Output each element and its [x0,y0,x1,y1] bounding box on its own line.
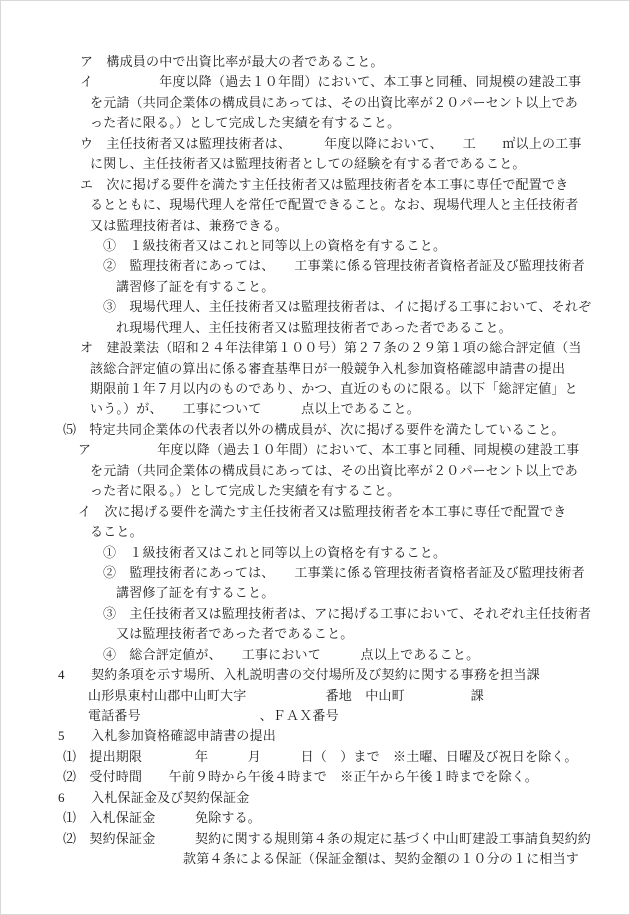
document-line: ること。 [0,522,630,542]
document-line: った者に限る。）として完成した実績を有すること。 [0,481,630,501]
document-line: 6 入札保証金及び契約保証金 [0,788,630,808]
document-line: ⑸ 特定共同企業体の代表者以外の構成員が、次に掲げる要件を満たしていること。 [0,420,630,440]
document-line: に関し、主任技術者又は監理技術者としての経験を有する者であること。 [0,154,630,174]
document-line: ⑵ 受付時間 午前９時から午後４時まで ※正午から午後１時までを除く。 [0,767,630,787]
document-line: を元請（共同企業体の構成員にあっては、その出資比率が２０パーセント以上であ [0,93,630,113]
document-line: るとともに、現場代理人を常任で配置できること。なお、現場代理人と主任技術者 [0,195,630,215]
document-line: ④ 総合評定値が、 工事において 点以上であること。 [0,645,630,665]
document-line: ウ 主任技術者又は監理技術者は、 年度以降において、 工 ㎡以上の工事 [0,134,630,154]
document-line: ⑵ 契約保証金 契約に関する規則第４条の規定に基づく中山町建設工事請負契約約 [0,829,630,849]
document-line: ① １級技術者又はこれと同等以上の資格を有すること。 [0,543,630,563]
document-line: 講習修了証を有すること。 [0,277,630,297]
document-line: 講習修了証を有すること。 [0,583,630,603]
document-line: 又は監理技術者は、兼務できる。 [0,216,630,236]
document-line: ⑴ 入札保証金 免除する。 [0,808,630,828]
document-line: いう。）が、 工事について 点以上であること。 [0,399,630,419]
document-line: 期限前１年７月以内のものであり、かつ、直近のものに限る。以下「総評定値」と [0,379,630,399]
document-line: オ 建設業法（昭和２４年法律第１００号）第２７条の２９第１項の総合評定値（当 [0,338,630,358]
document-line: 電話番号 、ＦＡＸ番号 [0,706,630,726]
document-line: ③ 現場代理人、主任技術者又は監理技術者は、イに掲げる工事において、それぞ [0,297,630,317]
document-line: イ 年度以降（過去１０年間）において、本工事と同種、同規模の建設工事 [0,72,630,92]
document-line: った者に限る。）として完成した実績を有すること。 [0,113,630,133]
document-line: イ 次に掲げる要件を満たす主任技術者又は監理技術者を本工事に専任で配置でき [0,502,630,522]
document-line: 4 契約条項を示す場所、入札説明書の交付場所及び契約に関する事務を担当課 [0,665,630,685]
document-line: エ 次に掲げる要件を満たす主任技術者又は監理技術者を本工事に専任で配置でき [0,175,630,195]
document-line: 5 入札参加資格確認申請書の提出 [0,726,630,746]
document-page: ア 構成員の中で出資比率が最大の者であること。イ 年度以降（過去１０年間）におい… [0,0,630,915]
document-line: ア 年度以降（過去１０年間）において、本工事と同種、同規模の建設工事 [0,440,630,460]
document-line: ⑴ 提出期限 年 月 日（ ）まで ※土曜、日曜及び祝日を除く。 [0,747,630,767]
document-line: を元請（共同企業体の構成員にあっては、その出資比率が２０パーセント以上であ [0,461,630,481]
document-line: 又は監理技術者であった者であること。 [0,624,630,644]
document-line: ② 監理技術者にあっては、 工事業に係る管理技術者資格者証及び監理技術者 [0,256,630,276]
document-line: 款第４条による保証（保証金額は、契約金額の１０分の１に相当す [0,849,630,869]
document-line: ③ 主任技術者又は監理技術者は、アに掲げる工事において、それぞれ主任技術者 [0,604,630,624]
document-body: ア 構成員の中で出資比率が最大の者であること。イ 年度以降（過去１０年間）におい… [0,0,630,870]
document-line: 該総合評定値の算出に係る審査基準日が一般競争入札参加資格確認申請書の提出 [0,359,630,379]
document-line: ① １級技術者又はこれと同等以上の資格を有すること。 [0,236,630,256]
document-line: ② 監理技術者にあっては、 工事業に係る管理技術者資格者証及び監理技術者 [0,563,630,583]
document-line: ア 構成員の中で出資比率が最大の者であること。 [0,52,630,72]
document-line: れ現場代理人、主任技術者又は監理技術者であった者であること。 [0,318,630,338]
document-line: 山形県東村山郡中山町大字 番地 中山町 課 [0,686,630,706]
